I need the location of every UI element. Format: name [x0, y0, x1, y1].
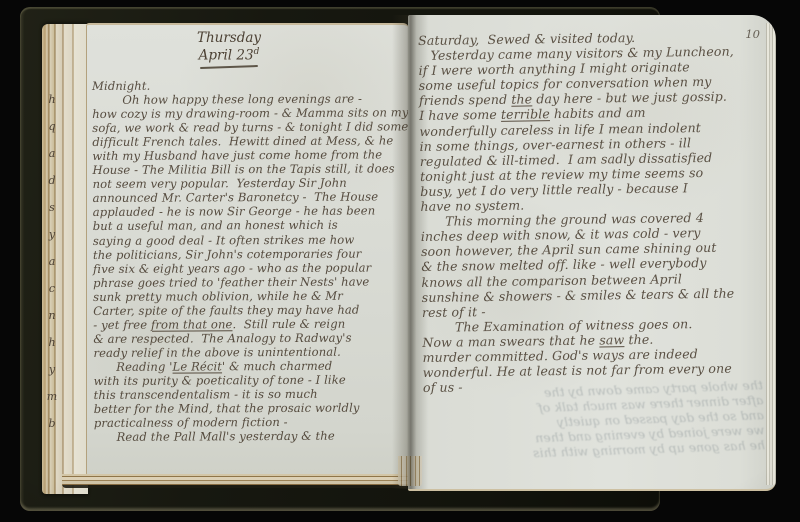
bleedthrough-text: the whole party came down by theafter di…: [433, 377, 765, 463]
edge-letter: h: [44, 86, 60, 113]
photo-background: { "colors": { "background": "#060606", "…: [0, 0, 800, 522]
right-page: 10 Saturday, Sewed & visited today. Yest…: [408, 15, 776, 491]
edge-letter: c: [44, 275, 60, 302]
handwriting-line: the politicians, Sir John's cotemporarie…: [93, 246, 407, 262]
edge-letter: q: [44, 113, 60, 140]
gutter-bottom-edges: [398, 456, 422, 486]
handwriting-line: Read the Pall Mall's yesterday & the: [94, 429, 408, 445]
left-page-bottom-edges: [62, 474, 408, 488]
edge-letter: a: [44, 248, 60, 275]
edge-letter: b: [44, 410, 60, 437]
left-page: Thursday April 23d Midnight. Oh how happ…: [86, 23, 409, 475]
handwriting-line: five six & eight years ago - who as the …: [93, 260, 407, 276]
book: hqadsyacnhymb Thursday April 23d Midnigh…: [0, 0, 800, 522]
left-page-text: Midnight. Oh how happy these long evenin…: [92, 77, 408, 444]
handwriting-line: phrase goes tried to 'feather their Nest…: [93, 274, 407, 290]
edge-letter: y: [44, 221, 60, 248]
edge-letter: m: [44, 383, 60, 410]
handwriting-line: applauded - he is now Sir George - he ha…: [93, 204, 407, 220]
left-page-header: Thursday April 23d: [139, 30, 319, 68]
edge-letter: s: [44, 194, 60, 221]
header-underline: [200, 64, 258, 68]
edge-letter: a: [44, 140, 60, 167]
edge-letter: n: [44, 302, 60, 329]
right-page-text: Saturday, Sewed & visited today. Yesterd…: [418, 28, 775, 395]
header-date: April 23d: [139, 47, 319, 64]
edge-letter: d: [44, 167, 60, 194]
page-edge-letters: hqadsyacnhymb: [44, 86, 60, 437]
handwriting-line: House - The Militia Bill is on the Tapis…: [92, 162, 406, 178]
edge-letter: y: [44, 356, 60, 383]
edge-letter: h: [44, 329, 60, 356]
header-day: Thursday: [139, 30, 319, 46]
